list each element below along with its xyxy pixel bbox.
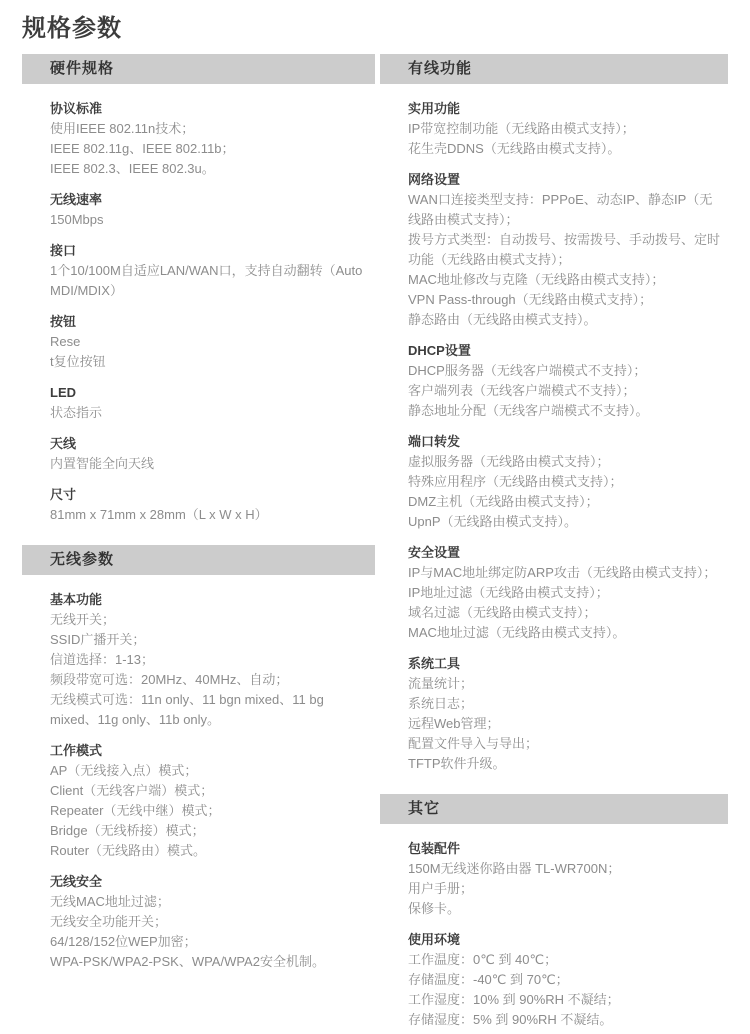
spec-section: 无线安全 无线MAC地址过滤；无线安全功能开关；64/128/152位WEP加密…	[50, 872, 367, 972]
spec-line: 状态指示	[50, 403, 367, 423]
spec-line: 工作温度：0℃ 到 40℃；	[408, 950, 720, 970]
section-lines: 状态指示	[50, 403, 367, 423]
spec-line: DMZ主机（无线路由模式支持）；	[408, 492, 720, 512]
section-lines: AP（无线接入点）模式；Client（无线客户端）模式；Repeater（无线中…	[50, 761, 367, 861]
spec-line: 客户端列表（无线客户端模式不支持）；	[408, 381, 720, 401]
spec-section: 天线 内置智能全向天线	[50, 434, 367, 474]
spec-line: 存储湿度：5% 到 90%RH 不凝结。	[408, 1010, 720, 1030]
spec-line: 81mm x 71mm x 28mm（L x W x H）	[50, 505, 367, 525]
spec-line: 系统日志；	[408, 694, 720, 714]
spec-line: IEEE 802.3、IEEE 802.3u。	[50, 159, 367, 179]
spec-section: 尺寸 81mm x 71mm x 28mm（L x W x H）	[50, 485, 367, 525]
section-lines: 无线MAC地址过滤；无线安全功能开关；64/128/152位WEP加密；WPA-…	[50, 892, 367, 972]
block-content: 基本功能 无线开关；SSID广播开关；信道选择：1-13；频段带宽可选：20MH…	[22, 575, 375, 981]
spec-block: 有线功能 实用功能 IP带宽控制功能（无线路由模式支持）；花生壳DDNS（无线路…	[380, 54, 728, 783]
spec-line: AP（无线接入点）模式；	[50, 761, 367, 781]
spec-line: 域名过滤（无线路由模式支持）；	[408, 603, 720, 623]
spec-section: 按钮 Reset复位按钮	[50, 312, 367, 372]
section-lines: 150Mbps	[50, 210, 367, 230]
spec-line: 静态路由（无线路由模式支持）。	[408, 310, 720, 330]
left-column: 硬件规格 协议标准 使用IEEE 802.11n技术；IEEE 802.11g、…	[22, 54, 375, 981]
spec-line: MAC地址过滤（无线路由模式支持）。	[408, 623, 720, 643]
section-title: 使用环境	[408, 930, 720, 950]
section-title: 无线安全	[50, 872, 367, 892]
section-title: 安全设置	[408, 543, 720, 563]
section-lines: 工作温度：0℃ 到 40℃；存储温度：-40℃ 到 70℃；工作湿度：10% 到…	[408, 950, 720, 1030]
spec-section: 工作模式 AP（无线接入点）模式；Client（无线客户端）模式；Repeate…	[50, 741, 367, 861]
section-lines: 流量统计；系统日志；远程Web管理；配置文件导入与导出；TFTP软件升级。	[408, 674, 720, 774]
spec-line: 拨号方式类型：自动拨号、按需拨号、手动拨号、定时功能（无线路由模式支持）；	[408, 230, 720, 270]
section-title: 天线	[50, 434, 367, 454]
section-title: 按钮	[50, 312, 367, 332]
section-lines: 1个10/100M自适应LAN/WAN口，支持自动翻转（Auto MDI/MDI…	[50, 261, 367, 301]
section-lines: Reset复位按钮	[50, 332, 367, 372]
spec-section: 接口 1个10/100M自适应LAN/WAN口，支持自动翻转（Auto MDI/…	[50, 241, 367, 301]
section-lines: 虚拟服务器（无线路由模式支持）；特殊应用程序（无线路由模式支持）；DMZ主机（无…	[408, 452, 720, 532]
section-lines: DHCP服务器（无线客户端模式不支持）；客户端列表（无线客户端模式不支持）；静态…	[408, 361, 720, 421]
section-title: 包装配件	[408, 839, 720, 859]
section-title: 实用功能	[408, 99, 720, 119]
spec-line: 无线开关；	[50, 610, 367, 630]
section-lines: 内置智能全向天线	[50, 454, 367, 474]
spec-section: 协议标准 使用IEEE 802.11n技术；IEEE 802.11g、IEEE …	[50, 99, 367, 179]
spec-line: IP与MAC地址绑定防ARP攻击（无线路由模式支持）；	[408, 563, 720, 583]
spec-line: 保修卡。	[408, 899, 720, 919]
section-lines: 81mm x 71mm x 28mm（L x W x H）	[50, 505, 367, 525]
spec-section: 端口转发 虚拟服务器（无线路由模式支持）；特殊应用程序（无线路由模式支持）；DM…	[408, 432, 720, 532]
spec-line: IP带宽控制功能（无线路由模式支持）；	[408, 119, 720, 139]
section-title: 尺寸	[50, 485, 367, 505]
spec-line: IP地址过滤（无线路由模式支持）；	[408, 583, 720, 603]
section-lines: 150M无线迷你路由器 TL-WR700N；用户手册；保修卡。	[408, 859, 720, 919]
spec-line: IEEE 802.11g、IEEE 802.11b；	[50, 139, 367, 159]
spec-block: 其它 包装配件 150M无线迷你路由器 TL-WR700N；用户手册；保修卡。 …	[380, 794, 728, 1034]
spec-line: UpnP（无线路由模式支持）。	[408, 512, 720, 532]
spec-line: 花生壳DDNS（无线路由模式支持）。	[408, 139, 720, 159]
spec-line: 无线MAC地址过滤；	[50, 892, 367, 912]
section-title: 网络设置	[408, 170, 720, 190]
spec-line: 远程Web管理；	[408, 714, 720, 734]
spec-line: 无线模式可选：11n only、11 bgn mixed、11 bg mixed…	[50, 690, 367, 730]
spec-line: TFTP软件升级。	[408, 754, 720, 774]
spec-line: Router（无线路由）模式。	[50, 841, 367, 861]
spec-line: Repeater（无线中继）模式；	[50, 801, 367, 821]
block-header: 硬件规格	[22, 54, 375, 84]
block-header: 其它	[380, 794, 728, 824]
spec-line: 频段带宽可选：20MHz、40MHz、自动；	[50, 670, 367, 690]
right-column: 有线功能 实用功能 IP带宽控制功能（无线路由模式支持）；花生壳DDNS（无线路…	[380, 54, 728, 1034]
spec-section: DHCP设置 DHCP服务器（无线客户端模式不支持）；客户端列表（无线客户端模式…	[408, 341, 720, 421]
section-title: LED	[50, 383, 367, 403]
spec-section: 实用功能 IP带宽控制功能（无线路由模式支持）；花生壳DDNS（无线路由模式支持…	[408, 99, 720, 159]
spec-line: 工作湿度：10% 到 90%RH 不凝结；	[408, 990, 720, 1010]
section-lines: 无线开关；SSID广播开关；信道选择：1-13；频段带宽可选：20MHz、40M…	[50, 610, 367, 730]
spec-line: 150Mbps	[50, 210, 367, 230]
section-title: 端口转发	[408, 432, 720, 452]
spec-line: DHCP服务器（无线客户端模式不支持）；	[408, 361, 720, 381]
spec-line: 内置智能全向天线	[50, 454, 367, 474]
spec-section: 基本功能 无线开关；SSID广播开关；信道选择：1-13；频段带宽可选：20MH…	[50, 590, 367, 730]
spec-line: 流量统计；	[408, 674, 720, 694]
spec-line: 用户手册；	[408, 879, 720, 899]
section-lines: 使用IEEE 802.11n技术；IEEE 802.11g、IEEE 802.1…	[50, 119, 367, 179]
spec-section: 系统工具 流量统计；系统日志；远程Web管理；配置文件导入与导出；TFTP软件升…	[408, 654, 720, 774]
block-content: 实用功能 IP带宽控制功能（无线路由模式支持）；花生壳DDNS（无线路由模式支持…	[380, 84, 728, 783]
block-content: 包装配件 150M无线迷你路由器 TL-WR700N；用户手册；保修卡。 使用环…	[380, 824, 728, 1034]
spec-line: SSID广播开关；	[50, 630, 367, 650]
spec-line: 虚拟服务器（无线路由模式支持）；	[408, 452, 720, 472]
spec-line: Rese	[50, 332, 367, 352]
section-title: 无线速率	[50, 190, 367, 210]
spec-line: Bridge（无线桥接）模式；	[50, 821, 367, 841]
spec-line: 存储温度：-40℃ 到 70℃；	[408, 970, 720, 990]
spec-section: LED 状态指示	[50, 383, 367, 423]
spec-section: 包装配件 150M无线迷你路由器 TL-WR700N；用户手册；保修卡。	[408, 839, 720, 919]
section-lines: IP与MAC地址绑定防ARP攻击（无线路由模式支持）；IP地址过滤（无线路由模式…	[408, 563, 720, 643]
section-title: 工作模式	[50, 741, 367, 761]
spec-line: 配置文件导入与导出；	[408, 734, 720, 754]
section-title: 协议标准	[50, 99, 367, 119]
section-lines: IP带宽控制功能（无线路由模式支持）；花生壳DDNS（无线路由模式支持）。	[408, 119, 720, 159]
spec-line: 64/128/152位WEP加密；	[50, 932, 367, 952]
spec-section: 无线速率 150Mbps	[50, 190, 367, 230]
spec-line: 150M无线迷你路由器 TL-WR700N；	[408, 859, 720, 879]
spec-section: 网络设置 WAN口连接类型支持：PPPoE、动态IP、静态IP（无线路由模式支持…	[408, 170, 720, 330]
section-title: DHCP设置	[408, 341, 720, 361]
spec-line: VPN Pass-through（无线路由模式支持）；	[408, 290, 720, 310]
block-header: 无线参数	[22, 545, 375, 575]
spec-line: t复位按钮	[50, 352, 367, 372]
block-header: 有线功能	[380, 54, 728, 84]
page-title: 规格参数	[22, 16, 728, 44]
section-title: 接口	[50, 241, 367, 261]
spec-line: 信道选择：1-13；	[50, 650, 367, 670]
spec-line: Client（无线客户端）模式；	[50, 781, 367, 801]
spec-page: 规格参数 硬件规格 协议标准 使用IEEE 802.11n技术；IEEE 802…	[0, 0, 750, 1034]
spec-line: 特殊应用程序（无线路由模式支持）；	[408, 472, 720, 492]
spec-section: 安全设置 IP与MAC地址绑定防ARP攻击（无线路由模式支持）；IP地址过滤（无…	[408, 543, 720, 643]
spec-columns: 硬件规格 协议标准 使用IEEE 802.11n技术；IEEE 802.11g、…	[22, 54, 728, 1034]
block-content: 协议标准 使用IEEE 802.11n技术；IEEE 802.11g、IEEE …	[22, 84, 375, 534]
spec-line: 无线安全功能开关；	[50, 912, 367, 932]
spec-line: WPA-PSK/WPA2-PSK、WPA/WPA2安全机制。	[50, 952, 367, 972]
spec-section: 使用环境 工作温度：0℃ 到 40℃；存储温度：-40℃ 到 70℃；工作湿度：…	[408, 930, 720, 1030]
spec-block: 无线参数 基本功能 无线开关；SSID广播开关；信道选择：1-13；频段带宽可选…	[22, 545, 375, 981]
spec-block: 硬件规格 协议标准 使用IEEE 802.11n技术；IEEE 802.11g、…	[22, 54, 375, 534]
section-title: 系统工具	[408, 654, 720, 674]
section-title: 基本功能	[50, 590, 367, 610]
section-lines: WAN口连接类型支持：PPPoE、动态IP、静态IP（无线路由模式支持）；拨号方…	[408, 190, 720, 330]
spec-line: 使用IEEE 802.11n技术；	[50, 119, 367, 139]
spec-line: MAC地址修改与克隆（无线路由模式支持）；	[408, 270, 720, 290]
spec-line: 静态地址分配（无线客户端模式不支持）。	[408, 401, 720, 421]
spec-line: 1个10/100M自适应LAN/WAN口，支持自动翻转（Auto MDI/MDI…	[50, 261, 367, 301]
spec-line: WAN口连接类型支持：PPPoE、动态IP、静态IP（无线路由模式支持）；	[408, 190, 720, 230]
